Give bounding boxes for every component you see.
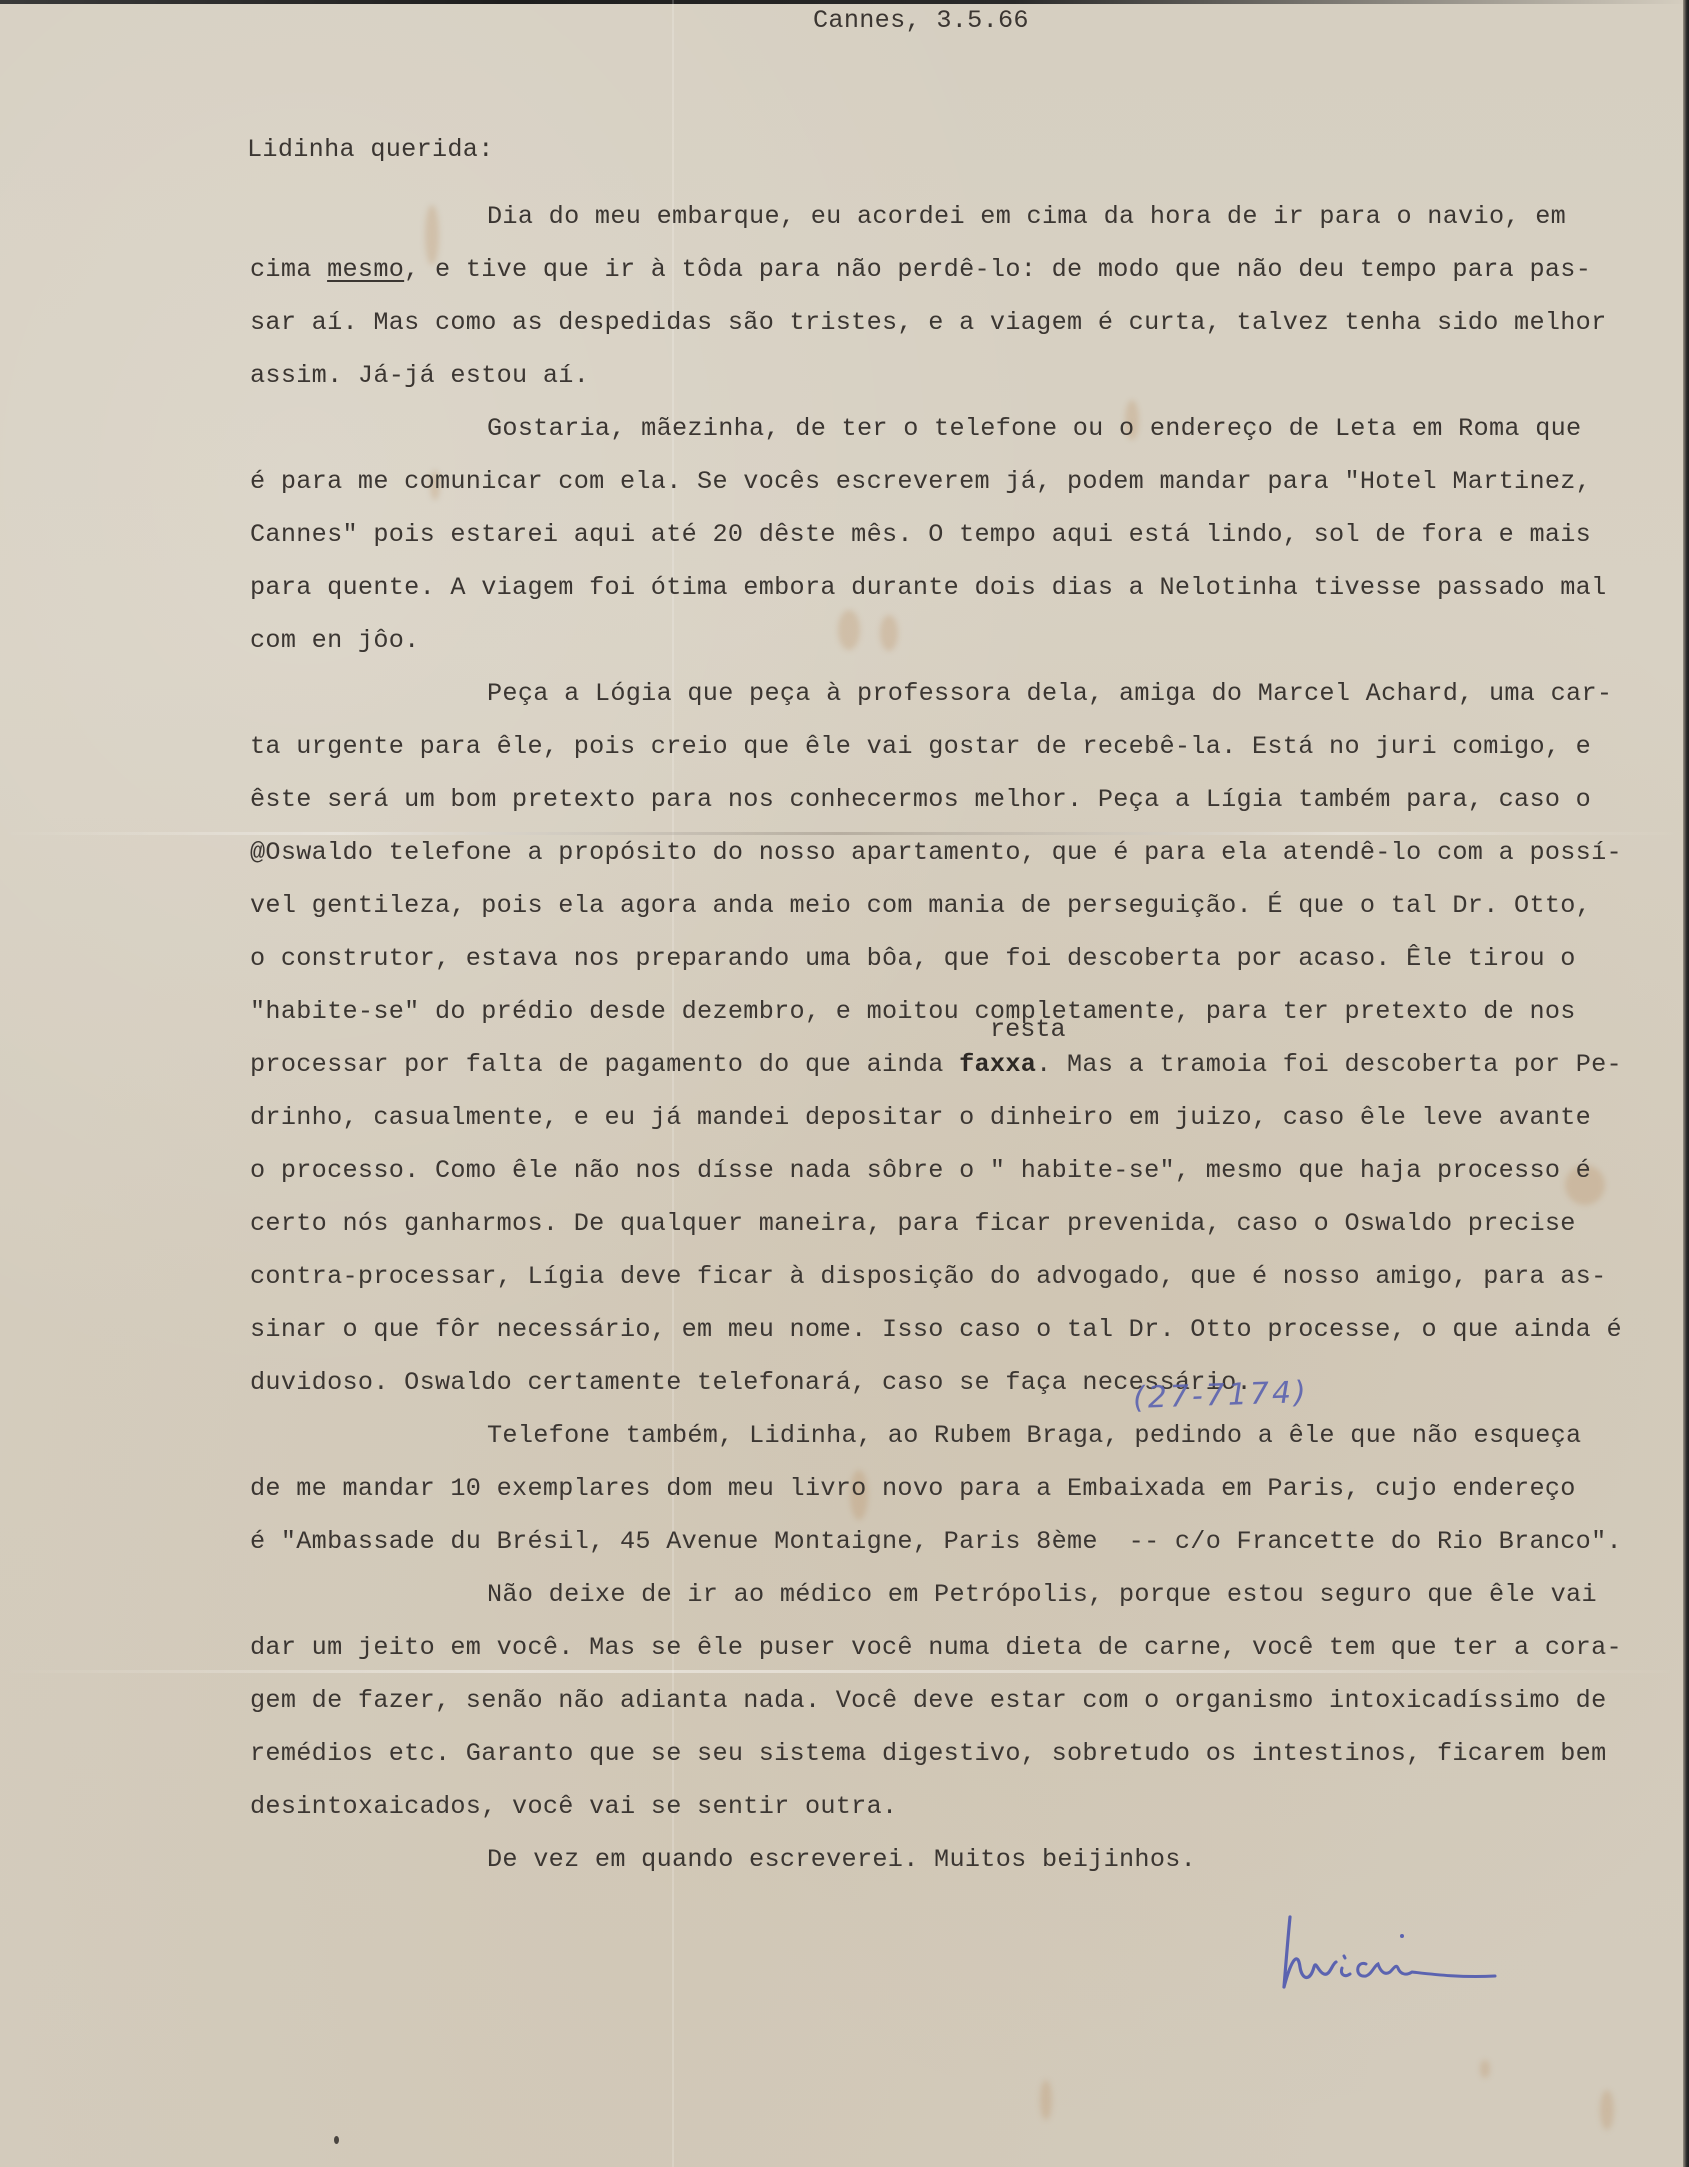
body-line: Peça a Lógia que peça à professora dela,… <box>487 679 1612 709</box>
foxing-stain <box>838 610 860 650</box>
body-line: remédios etc. Garanto que se seu sistema… <box>250 1739 1607 1769</box>
body-line: Não deixe de ir ao médico em Petrópolis,… <box>487 1580 1597 1610</box>
typed-correction: resta <box>990 1015 1066 1045</box>
body-line: êste será um bom pretexto para nos conhe… <box>250 785 1591 815</box>
body-line: Gostaria, mãezinha, de ter o telefone ou… <box>487 414 1581 444</box>
body-line: vel gentileza, pois ela agora anda meio … <box>250 891 1591 921</box>
signature: Vinicius <box>1280 1912 1550 1992</box>
date-line: Cannes, 3.5.66 <box>813 6 1029 36</box>
body-line: de me mandar 10 exemplares dom meu livro… <box>250 1474 1576 1504</box>
body-line: processar por falta de pagamento do que … <box>250 1050 1622 1080</box>
body-line: é "Ambassade du Brésil, 45 Avenue Montai… <box>250 1527 1622 1557</box>
signature-scribble-icon <box>1280 1912 1550 1992</box>
scan-top-shadow <box>0 0 1689 4</box>
body-line: com en jôo. <box>250 626 420 656</box>
body-text: , e tive que ir à tôda para não perdê-lo… <box>404 255 1591 284</box>
body-line: drinho, casualmente, e eu já mandei depo… <box>250 1103 1591 1133</box>
body-line: duvidoso. Oswaldo certamente telefonará,… <box>250 1368 1252 1398</box>
ink-speck <box>334 2136 339 2144</box>
paper-fold-horizontal-lower <box>0 1670 1683 1673</box>
body-line: @Oswaldo telefone a propósito do nosso a… <box>250 838 1622 868</box>
scan-right-edge <box>1683 0 1689 2167</box>
body-line: sar aí. Mas como as despedidas são trist… <box>250 308 1607 338</box>
body-line: "habite-se" do prédio desde dezembro, e … <box>250 997 1576 1027</box>
body-line: certo nós ganharmos. De qualquer maneira… <box>250 1209 1576 1239</box>
foxing-stain <box>880 615 898 651</box>
body-line: Dia do meu embarque, eu acordei em cima … <box>487 202 1566 232</box>
foxing-stain <box>1040 2080 1052 2120</box>
body-line: Cannes" pois estarei aqui até 20 dêste m… <box>250 520 1591 550</box>
struck-word: faxxa <box>959 1050 1036 1079</box>
body-text: . Mas a tramoia foi descoberta por Pe- <box>1036 1050 1622 1079</box>
body-line: o construtor, estava nos preparando uma … <box>250 944 1576 974</box>
body-line: desintoxaicados, você vai se sentir outr… <box>250 1792 897 1822</box>
body-line: contra-processar, Lígia deve ficar à dis… <box>250 1262 1607 1292</box>
salutation: Lidinha querida: <box>247 135 494 165</box>
body-line: dar um jeito em você. Mas se êle puser v… <box>250 1633 1622 1663</box>
body-line: para quente. A viagem foi ótima embora d… <box>250 573 1607 603</box>
paper-fold-horizontal <box>0 832 1683 835</box>
body-line: gem de fazer, senão não adianta nada. Vo… <box>250 1686 1607 1716</box>
body-line: assim. Já-já estou aí. <box>250 361 589 391</box>
body-text: cima <box>250 255 327 284</box>
body-line: Telefone também, Lidinha, ao Rubem Braga… <box>487 1421 1581 1451</box>
handwritten-note: (27-7174) <box>1132 1375 1309 1416</box>
foxing-stain <box>1600 2090 1614 2130</box>
body-line: ta urgente para êle, pois creio que êle … <box>250 732 1591 762</box>
body-line: é para me comunicar com ela. Se vocês es… <box>250 467 1591 497</box>
body-line: o processo. Como êle não nos dísse nada … <box>250 1156 1591 1186</box>
body-line: cima mesmo, e tive que ir à tôda para nã… <box>250 255 1591 285</box>
foxing-stain <box>1480 2060 1490 2078</box>
body-line: De vez em quando escreverei. Muitos beij… <box>487 1845 1196 1875</box>
body-line: sinar o que fôr necessário, em meu nome.… <box>250 1315 1622 1345</box>
body-text: processar por falta de pagamento do que … <box>250 1050 959 1079</box>
underlined-word: mesmo <box>327 255 404 284</box>
